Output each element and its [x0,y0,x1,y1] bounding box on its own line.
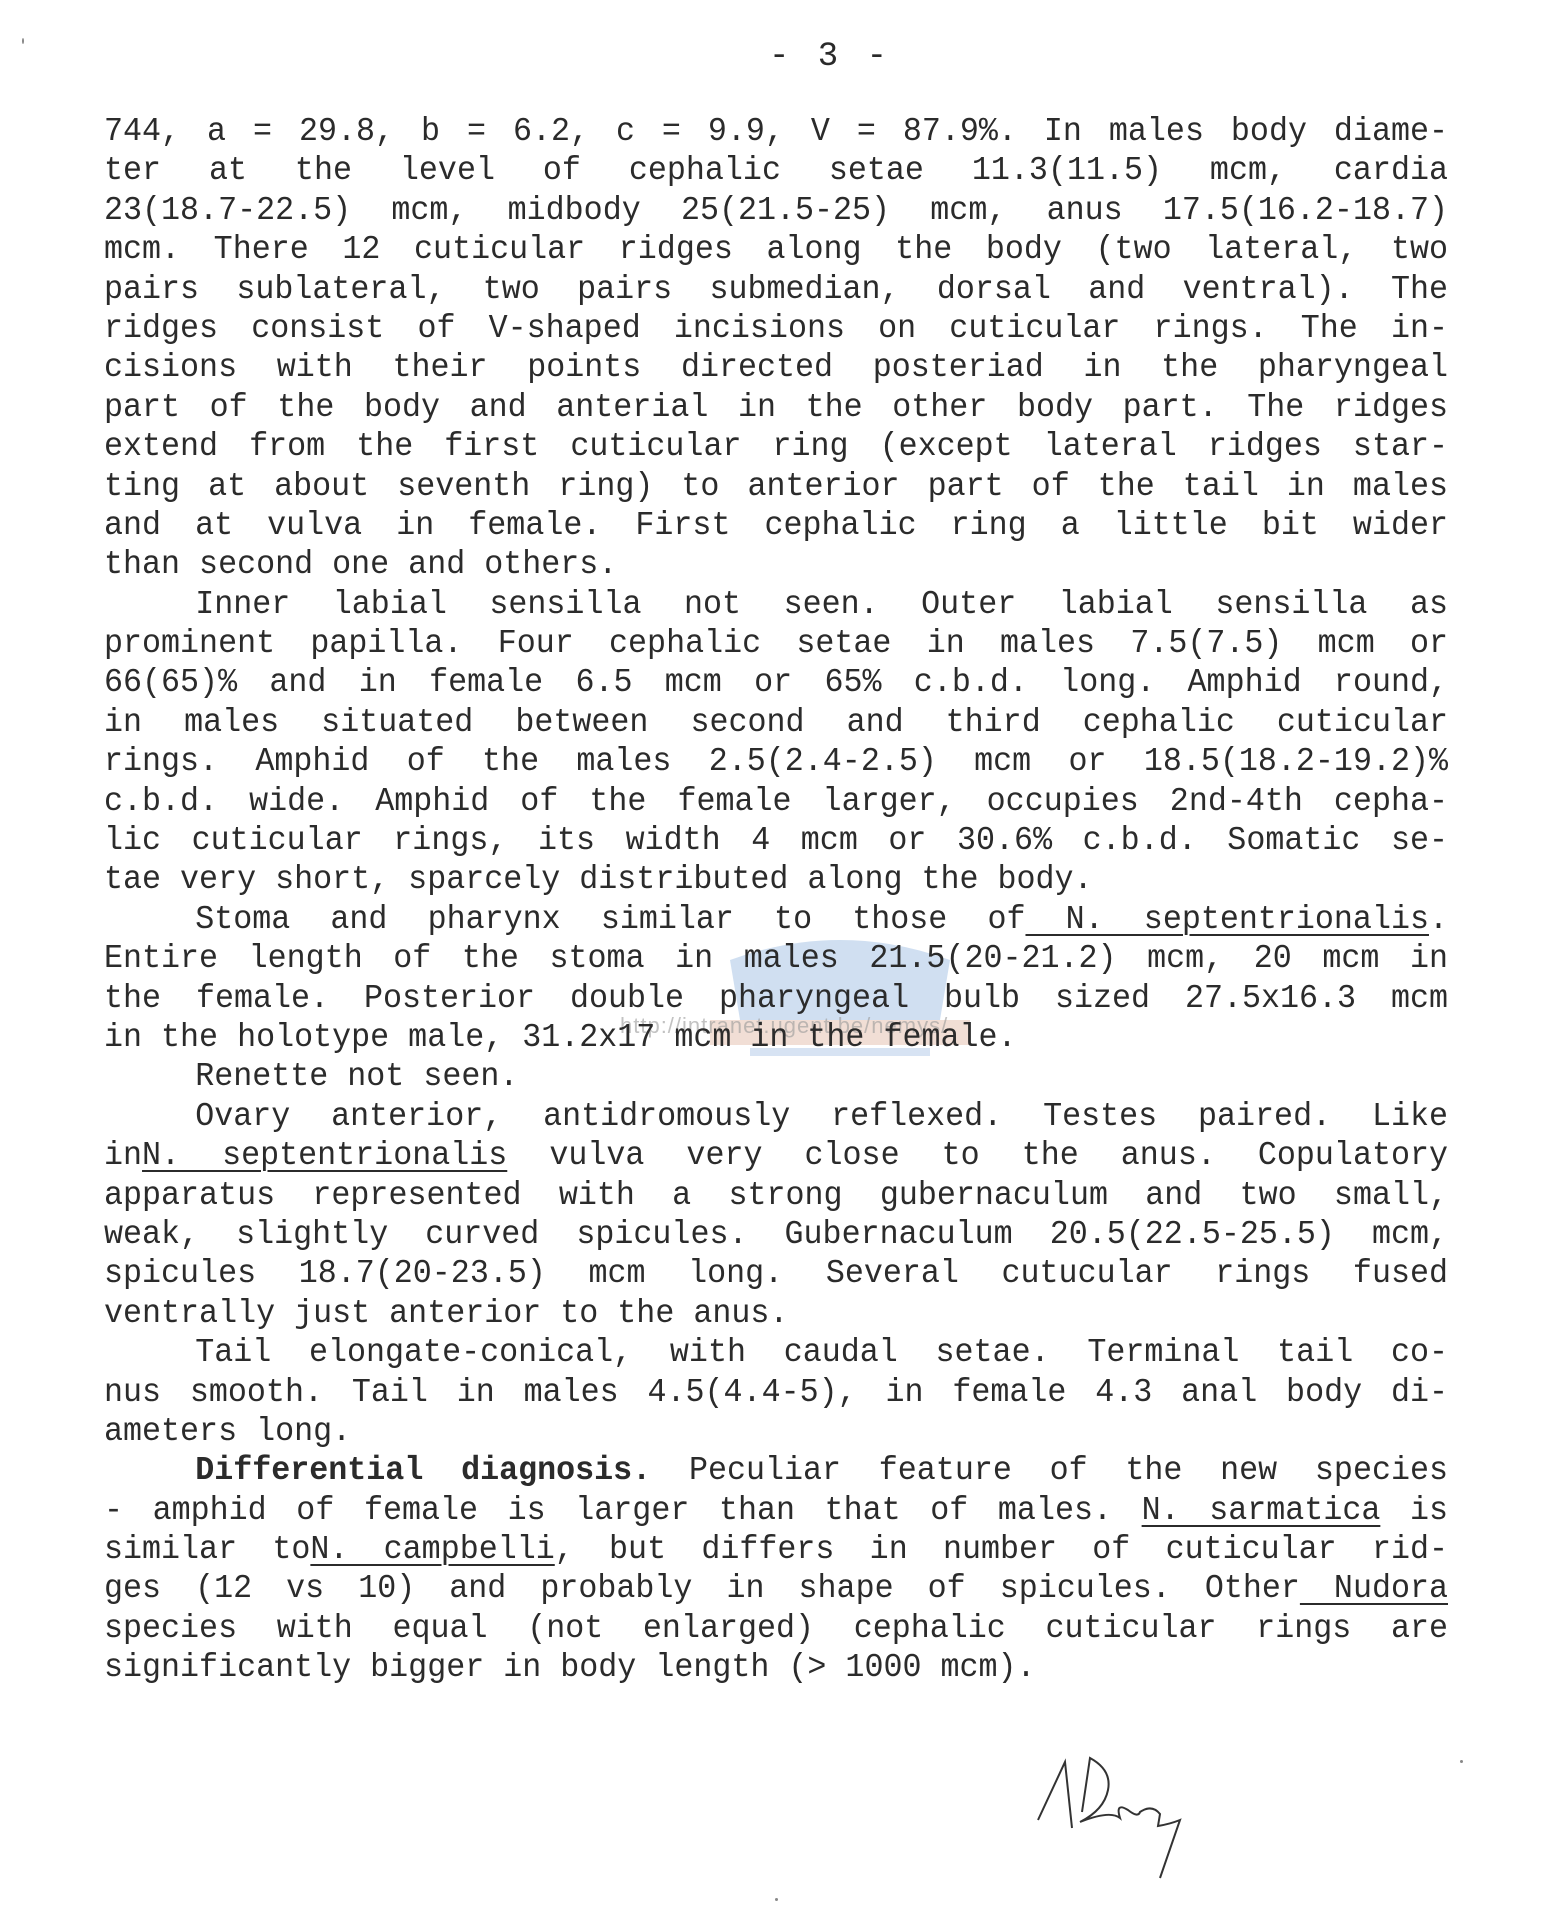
text-line: species with equal (not enlarged) cephal… [104,1609,1448,1648]
text-line: part of the body and anterial in the oth… [104,388,1448,427]
text-line: prominent papilla. Four cephalic setae i… [104,624,1448,663]
body-text: 744, a = 29.8, b = 6.2, c = 9.9, V = 87.… [104,112,1400,1688]
text-line: pairs sublateral, two pairs submedian, d… [104,270,1448,309]
text-line: c.b.d. wide. Amphid of the female larger… [104,782,1448,821]
text-line: the female. Posterior double pharyngeal … [104,979,1448,1018]
text-line: rings. Amphid of the males 2.5(2.4-2.5) … [104,742,1448,781]
text-line: similar toN. campbelli, but differs in n… [104,1530,1448,1569]
document-page: - 3 - http://intranet.ugent.be/nemys/ 74… [0,0,1566,1917]
text-line: tae very short, sparcely distributed alo… [104,860,1448,899]
text-line: 66(65)% and in female 6.5 mcm or 65% c.b… [104,663,1448,702]
text-line: nus smooth. Tail in males 4.5(4.4-5), in… [104,1373,1448,1412]
text-line: ter at the level of cephalic setae 11.3(… [104,151,1448,190]
text-line: weak, slightly curved spicules. Gubernac… [104,1215,1448,1254]
taxon-name: N. sarmatica [1142,1492,1381,1529]
scan-speck [1460,1760,1463,1763]
taxon-name: N. septentrionalis [1025,901,1429,938]
text-line: and at vulva in female. First cephalic r… [104,506,1448,545]
text-line: ventrally just anterior to the anus. [104,1294,1448,1333]
text-line: ting at about seventh ring) to anterior … [104,467,1448,506]
scan-speck [22,38,24,44]
text-line: in males situated between second and thi… [104,703,1448,742]
text-line: 744, a = 29.8, b = 6.2, c = 9.9, V = 87.… [104,112,1448,151]
text-line: cisions with their points directed poste… [104,348,1448,387]
text-line: Entire length of the stoma in males 21.5… [104,939,1448,978]
text-line: significantly bigger in body length (> 1… [104,1648,1448,1687]
text-line: ridges consist of V-shaped incisions on … [104,309,1448,348]
text-line: Renette not seen. [104,1057,1448,1096]
signature [1020,1740,1240,1890]
taxon-name: N. septentrionalis [142,1137,507,1174]
text-line: ameters long. [104,1412,1448,1451]
text-line: extend from the first cuticular ring (ex… [104,427,1448,466]
page-number: - 3 - [0,38,1566,76]
text-line: spicules 18.7(20-23.5) mcm long. Several… [104,1254,1448,1293]
text-line: apparatus represented with a strong gube… [104,1176,1448,1215]
text-line: Inner labial sensilla not seen. Outer la… [104,585,1448,624]
taxon-name: N. campbelli [310,1531,554,1568]
text-line: - amphid of female is larger than that o… [104,1491,1448,1530]
text-line: lic cuticular rings, its width 4 mcm or … [104,821,1448,860]
text-line: Differential diagnosis. Peculiar feature… [104,1451,1448,1490]
text-line: Stoma and pharynx similar to those of N.… [104,900,1448,939]
text-line: mcm. There 12 cuticular ridges along the… [104,230,1448,269]
text-line: ges (12 vs 10) and probably in shape of … [104,1569,1448,1608]
text-line: than second one and others. [104,545,1448,584]
text-line: 23(18.7-22.5) mcm, midbody 25(21.5-25) m… [104,191,1448,230]
scan-speck [775,1898,778,1901]
text-line: inN. septentrionalis vulva very close to… [104,1136,1448,1175]
taxon-name: Nudora [1300,1570,1448,1607]
text-line: Ovary anterior, antidromously reflexed. … [104,1097,1448,1136]
text-line: Tail elongate-conical, with caudal setae… [104,1333,1448,1372]
section-heading: Differential diagnosis. [195,1452,651,1489]
text-line: in the holotype male, 31.2x17 mcm in the… [104,1018,1448,1057]
